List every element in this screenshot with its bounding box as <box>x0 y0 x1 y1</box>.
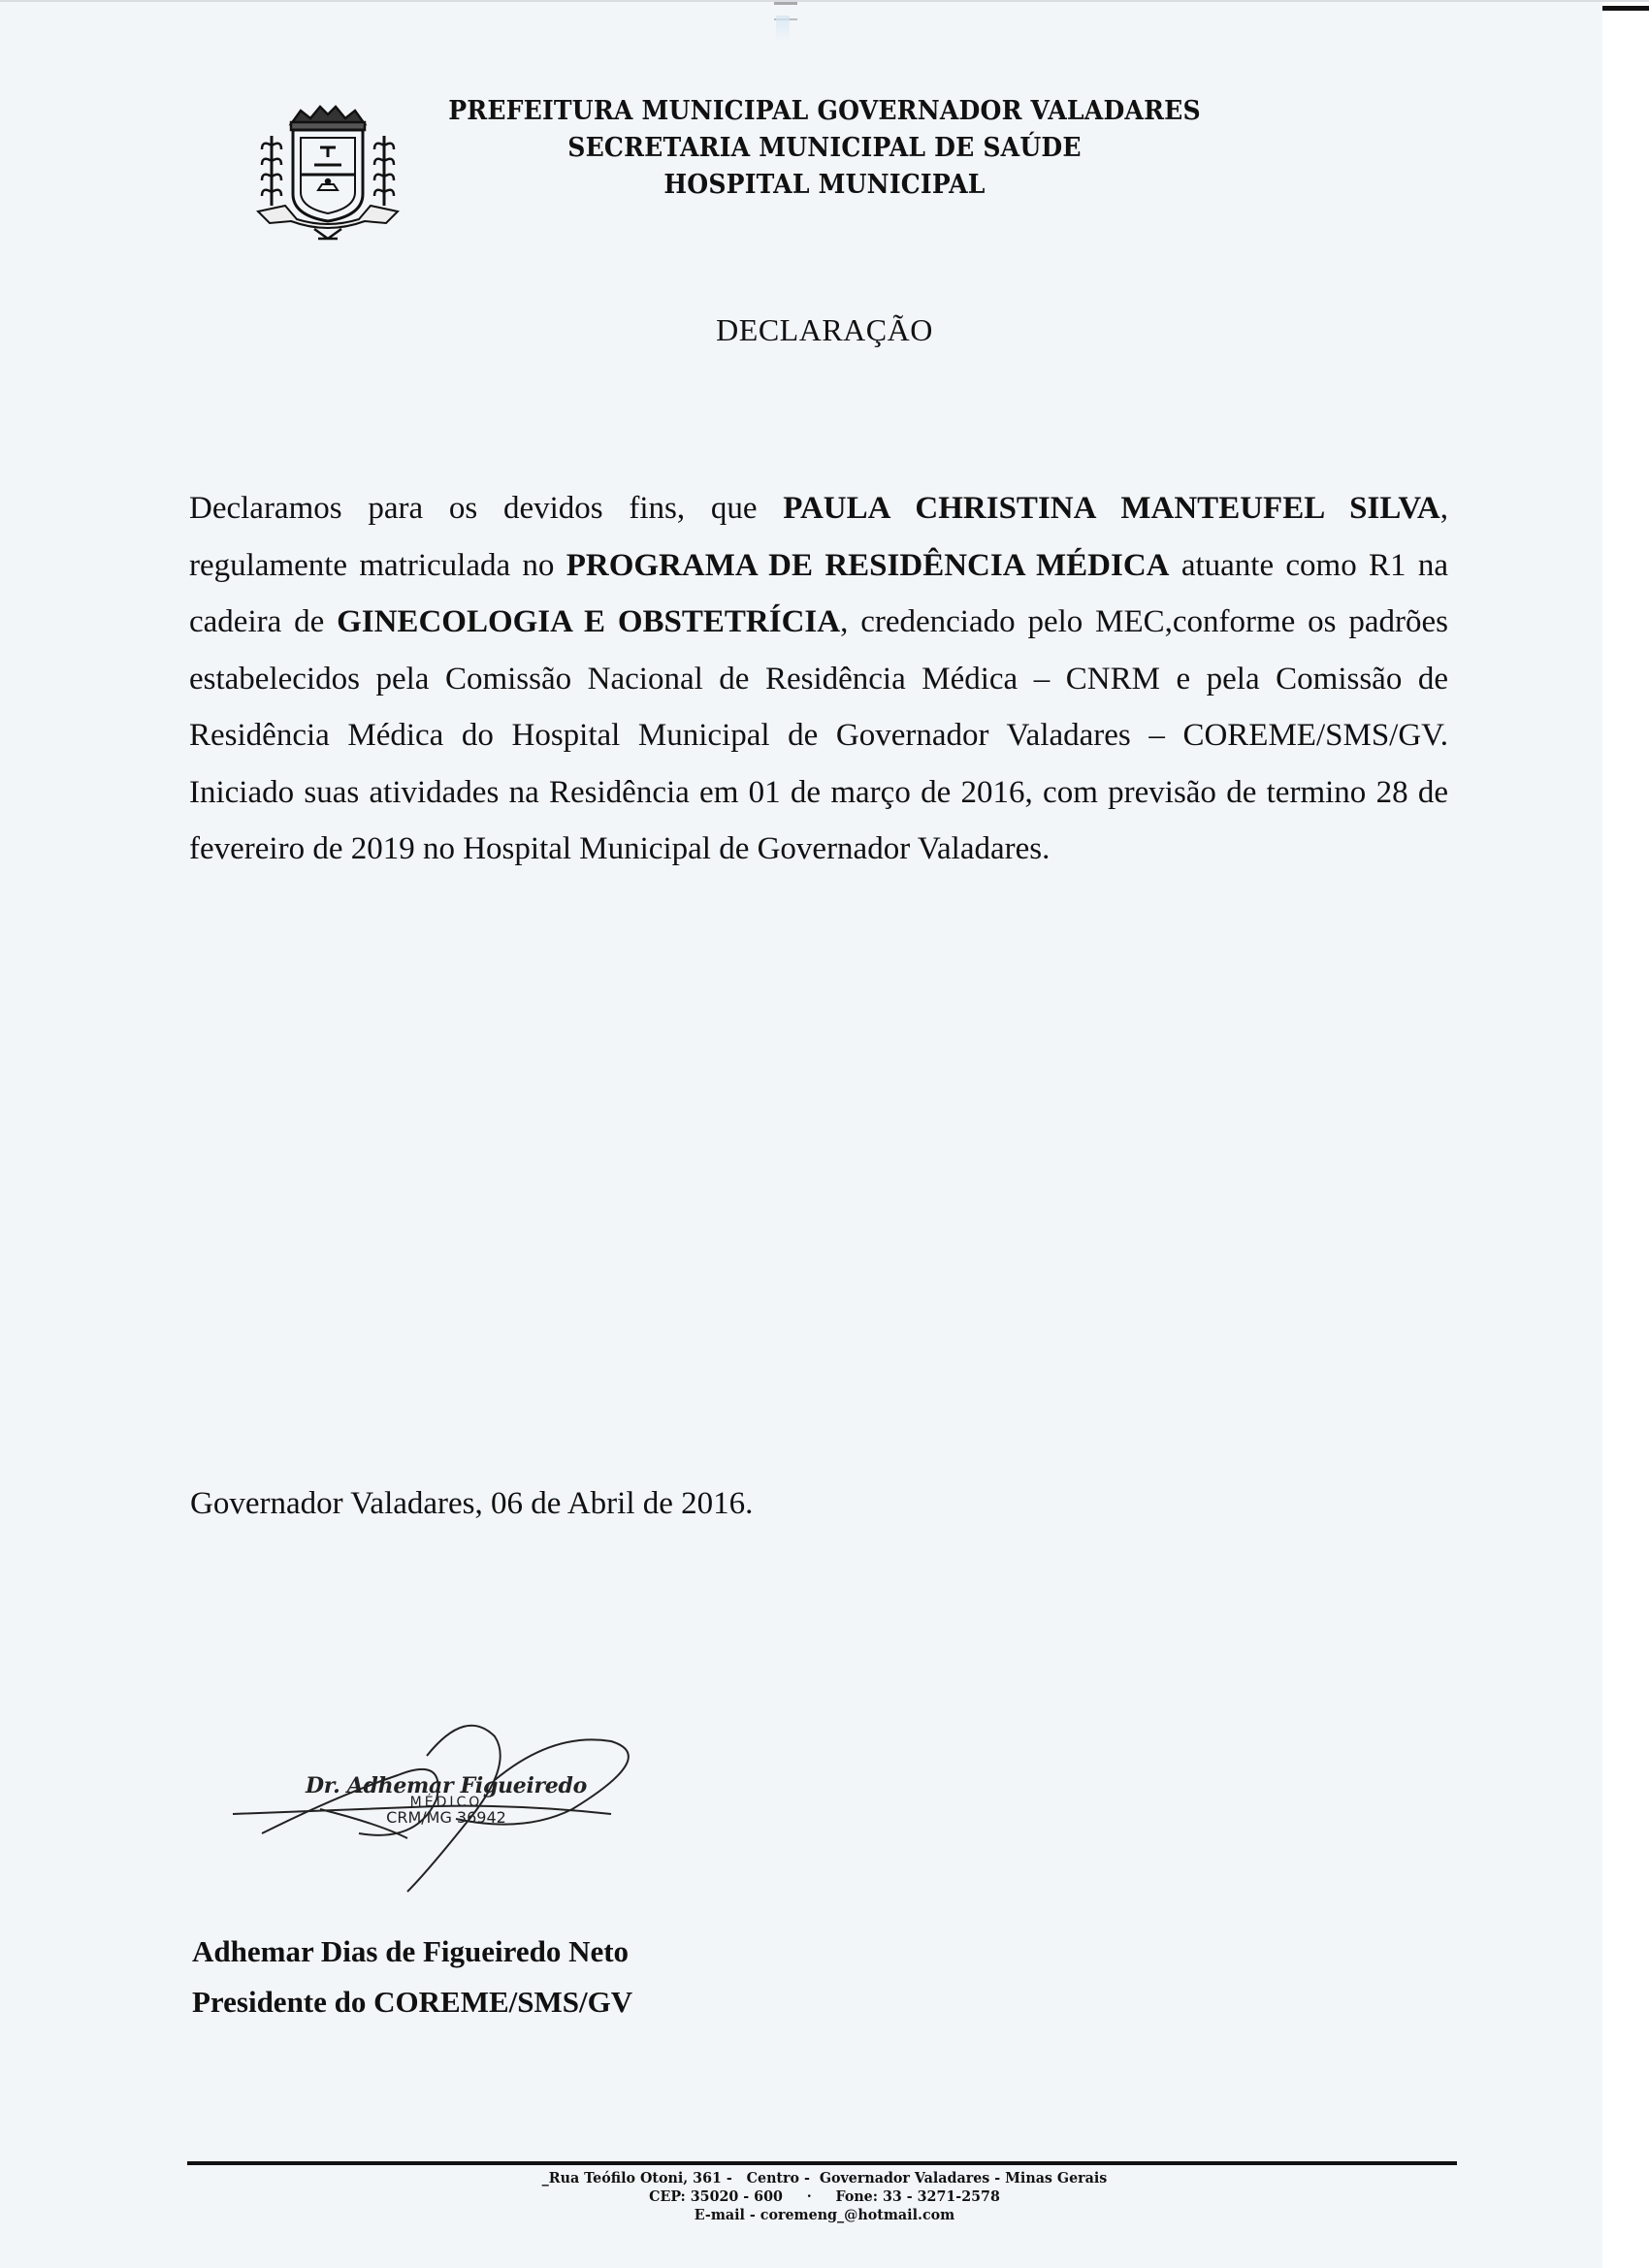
footer-divider <box>187 2161 1457 2165</box>
signer-name: Adhemar Dias de Figueiredo Neto <box>192 1927 632 1977</box>
body-text-segment: Declaramos para os devidos fins, que <box>189 491 783 526</box>
footer: _Rua Teófilo Otoni, 361 - Centro - Gover… <box>410 2169 1240 2224</box>
residency-program: PROGRAMA DE RESIDÊNCIA MÉDICA <box>566 548 1170 583</box>
place-and-date: Governador Valadares, 06 de Abril de 201… <box>190 1486 753 1522</box>
footer-email: E-mail - coremeng_@hotmail.com <box>410 2206 1240 2224</box>
document-title: DECLARAÇÃO <box>0 312 1649 348</box>
signer-title: Presidente do COREME/SMS/GV <box>192 1977 632 2027</box>
scan-corner-mark <box>1602 6 1649 11</box>
scan-edge <box>0 0 1649 2</box>
letterhead-prefeitura: PREFEITURA MUNICIPAL GOVERNADOR VALADARE… <box>419 93 1231 130</box>
municipal-coat-of-arms-icon <box>250 97 405 243</box>
student-name: PAULA CHRISTINA MANTEUFEL SILVA <box>783 491 1439 526</box>
letterhead: PREFEITURA MUNICIPAL GOVERNADOR VALADARE… <box>419 93 1231 204</box>
footer-address: _Rua Teófilo Otoni, 361 - Centro - Gover… <box>410 2169 1240 2187</box>
signer-block: Adhemar Dias de Figueiredo Neto Presiden… <box>192 1927 632 2027</box>
stamp-crm: CRM/MG 36942 <box>301 1808 592 1827</box>
staple-shadow <box>776 16 790 43</box>
declaration-paragraph: Declaramos para os devidos fins, que PAU… <box>189 480 1448 878</box>
declaration-body: Declaramos para os devidos fins, que PAU… <box>189 480 1448 878</box>
body-text-segment: , credenciado pelo MEC,conforme os padrõ… <box>189 604 1448 866</box>
specialty: GINECOLOGIA E OBSTETRÍCIA <box>337 604 840 639</box>
letterhead-hospital: HOSPITAL MUNICIPAL <box>419 167 1231 204</box>
footer-contact: CEP: 35020 - 600 · Fone: 33 - 3271-2578 <box>410 2187 1240 2206</box>
letterhead-secretaria: SECRETARIA MUNICIPAL DE SAÚDE <box>419 130 1231 167</box>
doctor-stamp: Dr. Adhemar Figueiredo MÉDICO CRM/MG 369… <box>301 1773 592 1827</box>
